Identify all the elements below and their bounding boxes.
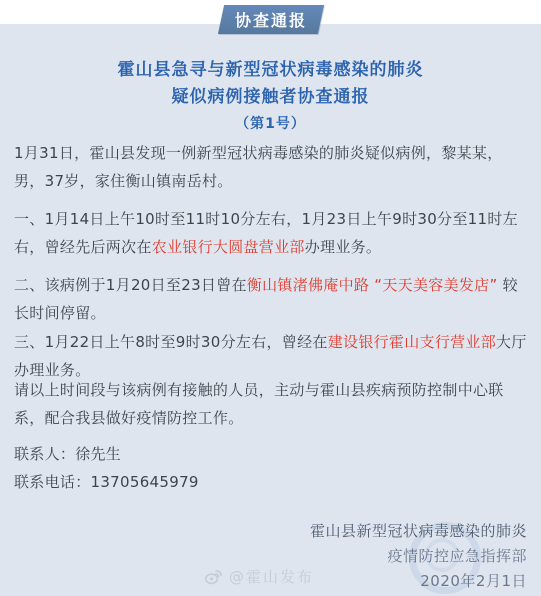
- badge-label: 协查通报: [234, 8, 306, 31]
- notice-number: （第1号）: [0, 113, 541, 136]
- item-2-text-pre: 二、该病例于1月20日至23日曾在: [14, 276, 247, 294]
- contact-phone: 联系电话：13705645979: [14, 468, 199, 496]
- closing-paragraph: 请以上时间段与该病例有接触的人员，主动与霍山县疾病预防控制中心联系，配合我县做好…: [14, 377, 528, 432]
- weibo-icon: [204, 568, 223, 585]
- item-3-text-pre: 三、1月22日上午8时至9时30分左右，曾经在: [14, 333, 328, 351]
- weibo-watermark: @霍山发布: [204, 566, 314, 587]
- signature-date: 2020年2月1日: [310, 569, 527, 594]
- item-1-text-post: 办理业务。: [305, 238, 382, 256]
- notice-title-line2: 疑似病例接触者协查通报: [0, 84, 541, 111]
- signature-block: 霍山县新型冠状病毒感染的肺炎 疫情防控应急指挥部 2020年2月1日: [310, 519, 527, 594]
- item-3-paragraph: 三、1月22日上午8时至9时30分左右，曾经在建设银行霍山支行营业部大厅办理业务…: [14, 329, 528, 384]
- notice-image: { "colors": { "panel_bg": "#dee5ef", "ba…: [0, 0, 541, 596]
- intro-paragraph: 1月31日，霍山县发现一例新型冠状病毒感染的肺炎疑似病例，黎某某，男，37岁，家…: [14, 140, 528, 195]
- contact-block: 联系人：徐先生 联系电话：13705645979: [14, 440, 199, 496]
- watermark-text: @霍山发布: [229, 566, 314, 587]
- item-1-paragraph: 一、1月14日上午10时至11时10分左右，1月23日上午9时30分至11时左右…: [14, 206, 528, 261]
- item-2-location-highlight: 衡山镇渚佛庵中路 “天天美容美发店”: [247, 276, 498, 294]
- contact-person: 联系人：徐先生: [14, 440, 199, 468]
- item-3-location-highlight: 建设银行霍山支行营业部: [328, 333, 496, 351]
- item-1-location-highlight: 农业银行大圆盘营业部: [152, 238, 305, 256]
- notice-title: 霍山县急寻与新型冠状病毒感染的肺炎 疑似病例接触者协查通报 （第1号）: [0, 57, 541, 136]
- notice-type-badge: 协查通报: [217, 5, 323, 34]
- signature-org-line1: 霍山县新型冠状病毒感染的肺炎: [310, 519, 527, 544]
- item-2-paragraph: 二、该病例于1月20日至23日曾在衡山镇渚佛庵中路 “天天美容美发店” 较长时间…: [14, 272, 528, 327]
- notice-title-line1: 霍山县急寻与新型冠状病毒感染的肺炎: [0, 57, 541, 84]
- signature-org-line2: 疫情防控应急指挥部: [310, 544, 527, 569]
